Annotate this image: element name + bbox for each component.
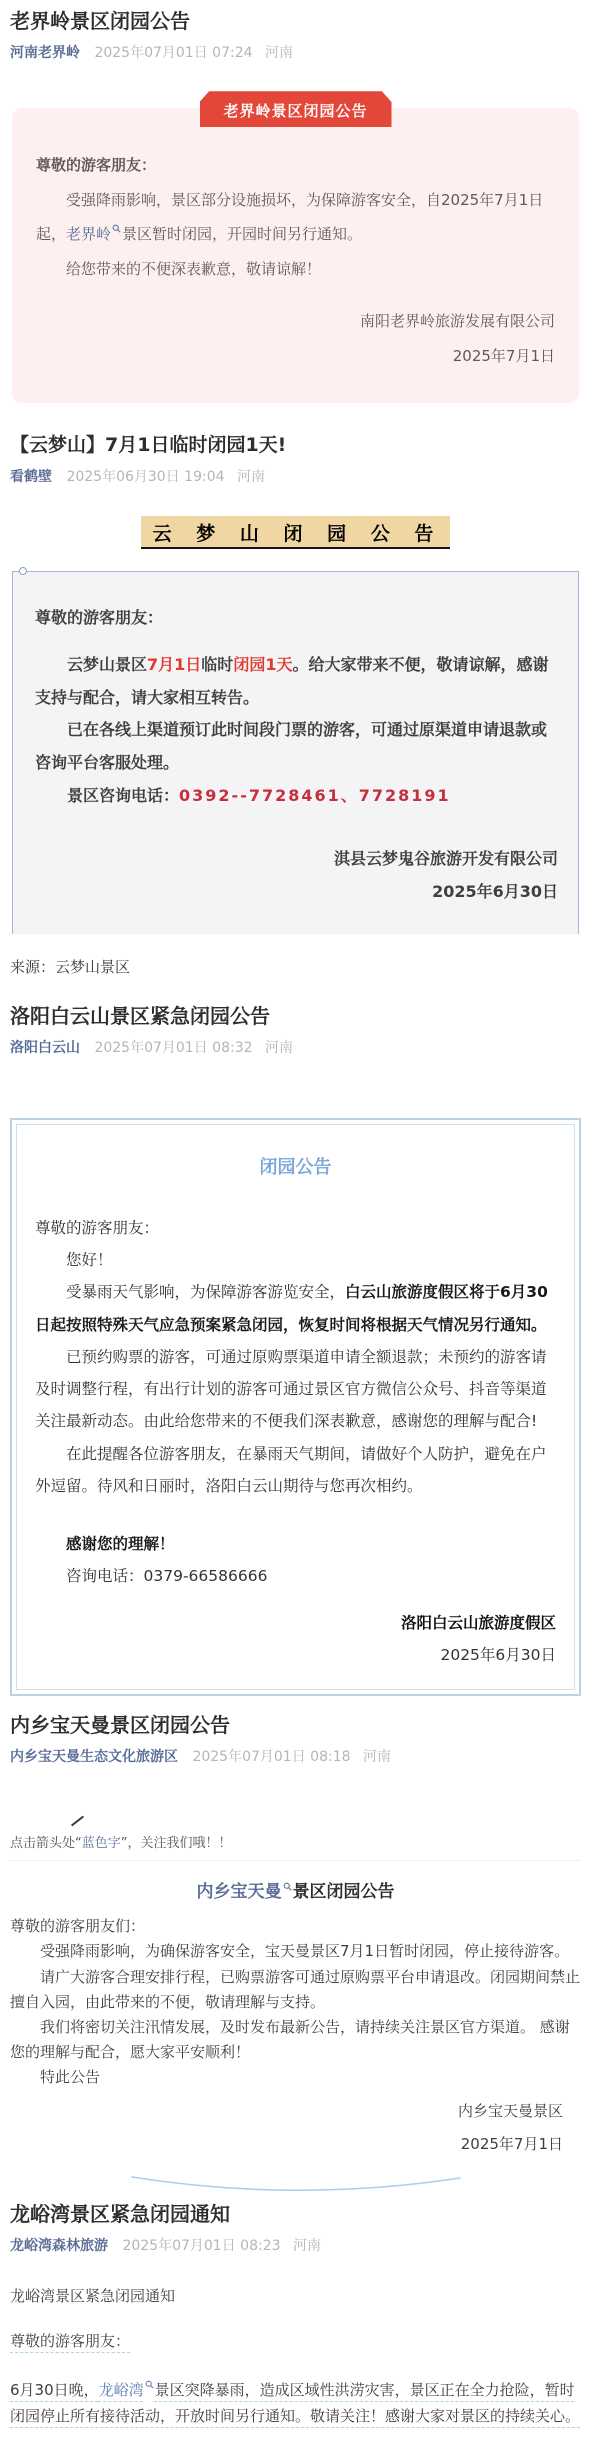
- salutation: 尊敬的游客朋友：: [36, 148, 555, 183]
- source-account-link[interactable]: 龙峪湾森林旅游: [10, 2238, 108, 2254]
- article-title[interactable]: 【云梦山】7月1日临时闭园1天!: [10, 433, 581, 459]
- notice-paragraph: 受强降雨影响，为确保游客安全，宝天曼景区7月1日暂时闭园，停止接待游客。: [10, 1939, 581, 1964]
- salutation: 尊敬的游客朋友：: [10, 2330, 581, 2351]
- signer: 洛阳白云山旅游度假区: [35, 1607, 556, 1639]
- publish-datetime: 2025年07月01日 07:24: [94, 45, 252, 61]
- highlight-closure: 闭园1天: [233, 655, 292, 674]
- article-title[interactable]: 老界岭景区闭园公告: [10, 8, 581, 35]
- article-feed: 老界岭景区闭园公告 河南老界岭 2025年07月01日 07:24 河南 老界岭…: [0, 0, 591, 2440]
- article-baiyunshan: 洛阳白云山景区紧急闭园公告 洛阳白云山 2025年07月01日 08:32 河南…: [0, 1003, 591, 1696]
- article-title[interactable]: 龙峪湾景区紧急闭园通知: [10, 2201, 581, 2228]
- sign-date: 2025年6月30日: [35, 876, 558, 909]
- notice-paragraph: 在此提醒各位游客朋友，在暴雨天气期间，请做好个人防护，避免在户外逗留。待风和日丽…: [35, 1438, 556, 1502]
- notice-banner-row: 云 梦 山 闭 园 公 告: [10, 516, 581, 549]
- sign-date: 2025年6月30日: [35, 1639, 556, 1671]
- highlight-date: 7月1日: [147, 655, 201, 674]
- gray-notice-box: 尊敬的游客朋友： 云梦山景区7月1日临时闭园1天。给大家带来不便，敬请谅解，感谢…: [12, 571, 579, 934]
- ribbon-banner: 老界岭景区闭园公告: [200, 91, 392, 127]
- publish-region: 河南: [363, 1749, 391, 1765]
- notice-paragraph: 受暴雨天气影响，为保障游客游览安全，白云山旅游度假区将于6月30日起按照特殊天气…: [35, 1276, 556, 1340]
- notice-paragraph: 6月30日晚，龙峪湾景区突降暴雨，造成区域性洪涝灾害，景区正在全力抢险，暂时闭园…: [10, 2377, 581, 2430]
- phone-numbers: 0392--7728461、7728191: [179, 786, 451, 805]
- thanks-line: 感谢您的理解！: [35, 1528, 556, 1560]
- source-account-link[interactable]: 河南老界岭: [10, 45, 80, 61]
- salutation: 尊敬的游客朋友：: [35, 1212, 556, 1244]
- search-sup-icon: [283, 1884, 292, 1894]
- notice-paragraph: 已预约购票的游客，可通过原购票渠道申请全额退款；未预约的游客请及时调整行程，有出…: [35, 1341, 556, 1438]
- blue-text-link[interactable]: 蓝色字: [82, 1836, 121, 1851]
- sign-date: 2025年7月1日: [10, 2132, 581, 2157]
- publish-region: 河南: [265, 45, 293, 61]
- publish-region: 河南: [265, 1040, 293, 1056]
- article-meta: 龙峪湾森林旅游 2025年07月01日 08:23 河南: [10, 2237, 581, 2255]
- location-link[interactable]: 老界岭: [66, 225, 122, 243]
- notice-paragraph: 已在各线上渠道预订此时间段门票的游客，可通过原渠道申请退款或咨询平台客服处理。: [35, 714, 558, 780]
- signer: 南阳老界岭旅游发展有限公司: [36, 304, 555, 339]
- notice-header: 闭园公告: [35, 1149, 556, 1186]
- notice-header: 内乡宝天曼景区闭园公告: [10, 1877, 581, 1902]
- search-sup-icon: [112, 226, 121, 236]
- publish-datetime: 2025年07月01日 08:18: [192, 1749, 350, 1765]
- sign-date: 2025年7月1日: [36, 339, 555, 374]
- article-meta: 看鹤壁 2025年06月30日 19:04 河南: [10, 468, 581, 486]
- location-link[interactable]: 龙峪湾: [99, 2381, 155, 2399]
- publish-datetime: 2025年07月01日 08:32: [94, 1040, 252, 1056]
- notice-paragraph: 受强降雨影响，景区部分设施损坏，为保障游客安全，自2025年7月1日起，老界岭景…: [36, 183, 555, 252]
- highlight-banner: 云 梦 山 闭 园 公 告: [141, 516, 451, 549]
- publish-datetime: 2025年06月30日 19:04: [66, 469, 224, 485]
- phone-line: 景区咨询电话：0392--7728461、7728191: [35, 780, 558, 813]
- greeting: 您好！: [35, 1244, 556, 1276]
- salutation: 尊敬的游客朋友：: [35, 602, 558, 635]
- signer: 淇县云梦鬼谷旅游开发有限公司: [35, 843, 558, 876]
- phone-line: 咨询电话：0379-66586666: [35, 1560, 556, 1592]
- arc-divider: [10, 2173, 581, 2199]
- notice-paragraph: 给您带来的不便深表歉意，敬请谅解！: [36, 252, 555, 287]
- publish-datetime: 2025年07月01日 08:23: [122, 2238, 280, 2254]
- article-yunmengshan: 【云梦山】7月1日临时闭园1天! 看鹤壁 2025年06月30日 19:04 河…: [0, 433, 591, 977]
- article-laojieling: 老界岭景区闭园公告 河南老界岭 2025年07月01日 07:24 河南 老界岭…: [0, 8, 591, 403]
- pink-notice-card: 老界岭景区闭园公告 尊敬的游客朋友： 受强降雨影响，景区部分设施损坏，为保障游客…: [12, 108, 579, 403]
- source-account-link[interactable]: 看鹤壁: [10, 469, 52, 485]
- signer: 内乡宝天曼景区: [10, 2099, 581, 2124]
- notice-subtitle: 龙峪湾景区紧急闭园通知: [10, 2285, 581, 2306]
- notice-paragraph: 特此公告: [10, 2065, 581, 2090]
- location-link[interactable]: 内乡宝天曼: [197, 1882, 293, 1902]
- article-longyuwan: 龙峪湾景区紧急闭园通知 龙峪湾森林旅游 2025年07月01日 08:23 河南…: [0, 2201, 591, 2430]
- notice-body: 尊敬的游客朋友们： 受强降雨影响，为确保游客安全，宝天曼景区7月1日暂时闭园，停…: [10, 1914, 581, 2157]
- source-account-link[interactable]: 洛阳白云山: [10, 1040, 80, 1056]
- corner-ring-ornament: [19, 567, 27, 575]
- notice-paragraph: 云梦山景区7月1日临时闭园1天。给大家带来不便，敬请谅解，感谢支持与配合，请大家…: [35, 649, 558, 715]
- follow-tip: 点击箭头处“蓝色字”，关注我们哦！！: [10, 1832, 581, 1861]
- article-meta: 河南老界岭 2025年07月01日 07:24 河南: [10, 44, 581, 62]
- article-title[interactable]: 内乡宝天曼景区闭园公告: [10, 1712, 581, 1739]
- arrow-stroke-decoration: [71, 1816, 84, 1827]
- publish-region: 河南: [293, 2238, 321, 2254]
- notice-paragraph: 请广大游客合理安排行程，已购票游客可通过原购票平台申请退改。闭园期间禁止擅自入园…: [10, 1965, 581, 2015]
- article-title[interactable]: 洛阳白云山景区紧急闭园公告: [10, 1003, 581, 1030]
- source-account-link[interactable]: 内乡宝天曼生态文化旅游区: [10, 1749, 178, 1765]
- blue-notice-box: 闭园公告 尊敬的游客朋友： 您好！ 受暴雨天气影响，为保障游客游览安全，白云山旅…: [10, 1118, 581, 1696]
- search-sup-icon: [145, 2382, 154, 2392]
- notice-paragraph: 我们将密切关注汛情发展，及时发布最新公告，请持续关注景区官方渠道。 感谢您的理解…: [10, 2015, 581, 2065]
- salutation: 尊敬的游客朋友们：: [10, 1914, 581, 1939]
- content-source-line: 来源：云梦山景区: [10, 956, 581, 977]
- publish-region: 河南: [237, 469, 265, 485]
- article-meta: 洛阳白云山 2025年07月01日 08:32 河南: [10, 1039, 581, 1057]
- article-baotianman: 内乡宝天曼景区闭园公告 内乡宝天曼生态文化旅游区 2025年07月01日 08:…: [0, 1712, 591, 2199]
- article-meta: 内乡宝天曼生态文化旅游区 2025年07月01日 08:18 河南: [10, 1748, 581, 1766]
